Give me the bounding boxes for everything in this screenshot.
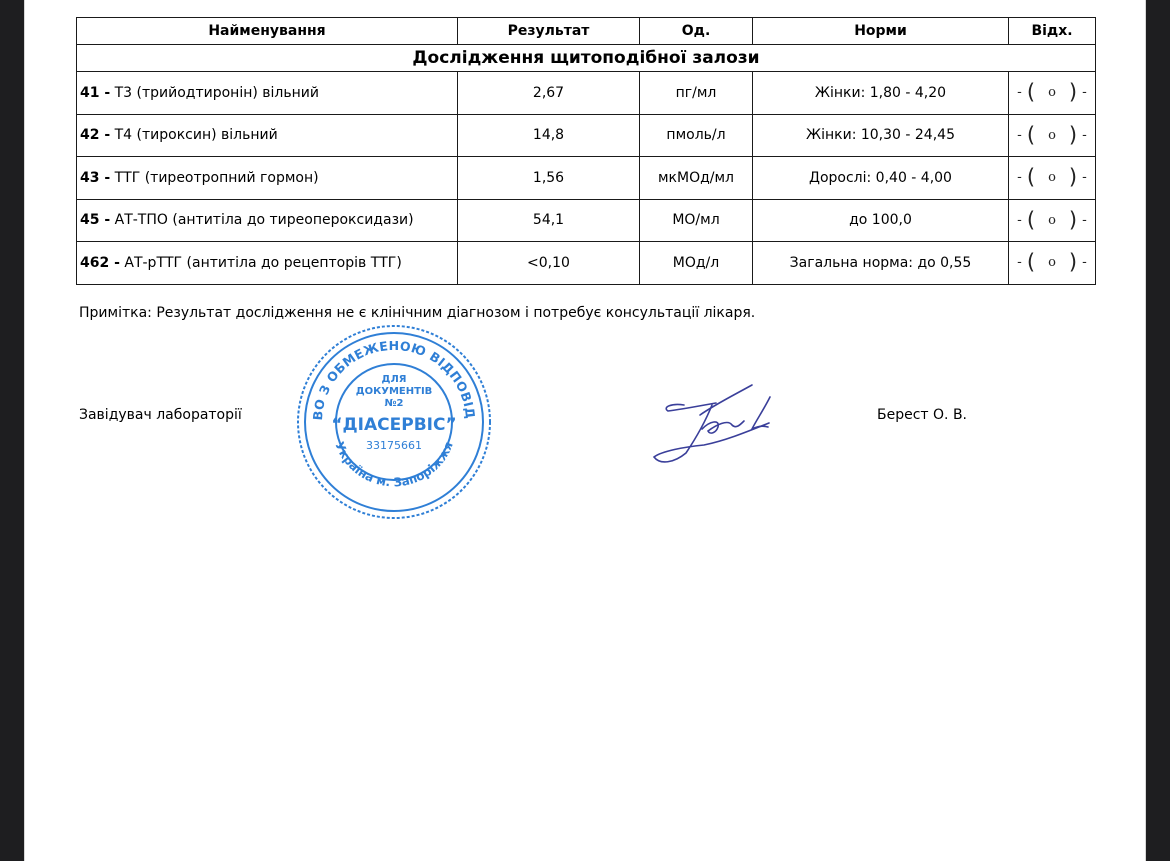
deviation-normal-icon: o: [1048, 255, 1056, 270]
unit-cell: пмоль/л: [640, 114, 753, 157]
deviation-indicator: -(o)-: [1017, 125, 1087, 146]
deviation-cell: -(o)-: [1009, 242, 1096, 285]
test-name-cell: 43 - ТТГ (тиреотропний гормон): [77, 157, 458, 200]
norm-cell: Дорослі: 0,40 - 4,00: [753, 157, 1009, 200]
deviation-normal-icon: o: [1048, 128, 1056, 143]
header-deviation: Відх.: [1009, 18, 1096, 45]
test-name: АТ-ТПО (антитіла до тиреопероксидази): [110, 212, 413, 228]
results-table: Найменування Результат Од. Норми Відх. Д…: [76, 17, 1096, 285]
deviation-right-dash: -: [1082, 255, 1087, 270]
table-row: 42 - Т4 (тироксин) вільний14,8пмоль/лЖін…: [77, 114, 1096, 157]
deviation-right-dash: -: [1082, 213, 1087, 228]
section-row: Дослідження щитоподібної залози: [77, 45, 1096, 72]
norm-cell: Жінки: 10,30 - 24,45: [753, 114, 1009, 157]
deviation-indicator: -(o)-: [1017, 167, 1087, 188]
svg-text:ДЛЯ: ДЛЯ: [382, 374, 407, 385]
section-title: Дослідження щитоподібної залози: [77, 45, 1096, 72]
unit-cell: мкМОд/мл: [640, 157, 753, 200]
test-code: 462 -: [80, 255, 120, 271]
document-page: Найменування Результат Од. Норми Відх. Д…: [24, 0, 1146, 861]
unit-cell: МО/мл: [640, 199, 753, 242]
deviation-close-paren: ): [1069, 167, 1077, 188]
lab-head-title: Завідувач лабораторії: [79, 407, 242, 423]
deviation-right-dash: -: [1082, 85, 1087, 100]
test-code: 43 -: [80, 170, 110, 186]
deviation-close-paren: ): [1069, 82, 1077, 103]
deviation-open-paren: (: [1027, 210, 1035, 231]
header-unit: Од.: [640, 18, 753, 45]
deviation-close-paren: ): [1069, 210, 1077, 231]
svg-text:№2: №2: [385, 398, 404, 409]
header-result: Результат: [458, 18, 640, 45]
signature: [624, 375, 784, 475]
deviation-right-dash: -: [1082, 128, 1087, 143]
deviation-right-dash: -: [1082, 170, 1087, 185]
result-cell: 2,67: [458, 72, 640, 115]
test-name: Т3 (трийодтиронін) вільний: [110, 85, 319, 101]
test-code: 45 -: [80, 212, 110, 228]
table-row: 41 - Т3 (трийодтиронін) вільний2,67пг/мл…: [77, 72, 1096, 115]
result-cell: 1,56: [458, 157, 640, 200]
norm-cell: Жінки: 1,80 - 4,20: [753, 72, 1009, 115]
deviation-open-paren: (: [1027, 167, 1035, 188]
deviation-cell: -(o)-: [1009, 114, 1096, 157]
test-code: 42 -: [80, 127, 110, 143]
deviation-normal-icon: o: [1048, 170, 1056, 185]
test-name-cell: 45 - АТ-ТПО (антитіла до тиреопероксидаз…: [77, 199, 458, 242]
header-name: Найменування: [77, 18, 458, 45]
result-cell: 54,1: [458, 199, 640, 242]
deviation-normal-icon: o: [1048, 213, 1056, 228]
test-name: АТ-рТТГ (антитіла до рецепторів ТТГ): [120, 255, 402, 271]
table-header-row: Найменування Результат Од. Норми Відх.: [77, 18, 1096, 45]
table-row: 462 - АТ-рТТГ (антитіла до рецепторів ТТ…: [77, 242, 1096, 285]
deviation-close-paren: ): [1069, 125, 1077, 146]
lab-head-name: Берест О. В.: [877, 407, 967, 423]
deviation-indicator: -(o)-: [1017, 252, 1087, 273]
svg-text:ДОКУМЕНТІВ: ДОКУМЕНТІВ: [356, 386, 433, 397]
deviation-open-paren: (: [1027, 125, 1035, 146]
deviation-close-paren: ): [1069, 252, 1077, 273]
deviation-left-dash: -: [1017, 255, 1022, 270]
disclaimer-note: Примітка: Результат дослідження не є клі…: [79, 305, 755, 321]
result-cell: 14,8: [458, 114, 640, 157]
test-name-cell: 462 - АТ-рТТГ (антитіла до рецепторів ТТ…: [77, 242, 458, 285]
deviation-left-dash: -: [1017, 128, 1022, 143]
deviation-cell: -(o)-: [1009, 72, 1096, 115]
deviation-left-dash: -: [1017, 213, 1022, 228]
test-name: ТТГ (тиреотропний гормон): [110, 170, 318, 186]
deviation-cell: -(o)-: [1009, 199, 1096, 242]
norm-cell: до 100,0: [753, 199, 1009, 242]
unit-cell: МОд/л: [640, 242, 753, 285]
test-name: Т4 (тироксин) вільний: [110, 127, 278, 143]
table-row: 45 - АТ-ТПО (антитіла до тиреопероксидаз…: [77, 199, 1096, 242]
company-stamp: ТОВАРИСТВО З ОБМЕЖЕНОЮ ВІДПОВІДАЛЬНІСТЮ …: [294, 322, 494, 522]
deviation-indicator: -(o)-: [1017, 210, 1087, 231]
deviation-left-dash: -: [1017, 85, 1022, 100]
test-name-cell: 42 - Т4 (тироксин) вільний: [77, 114, 458, 157]
table-row: 43 - ТТГ (тиреотропний гормон)1,56мкМОд/…: [77, 157, 1096, 200]
header-norms: Норми: [753, 18, 1009, 45]
unit-cell: пг/мл: [640, 72, 753, 115]
test-code: 41 -: [80, 85, 110, 101]
svg-text:33175661: 33175661: [366, 439, 422, 452]
norm-cell: Загальна норма: до 0,55: [753, 242, 1009, 285]
deviation-indicator: -(o)-: [1017, 82, 1087, 103]
svg-text:“ДІАСЕРВІС”: “ДІАСЕРВІС”: [331, 415, 456, 435]
result-cell: <0,10: [458, 242, 640, 285]
deviation-left-dash: -: [1017, 170, 1022, 185]
test-name-cell: 41 - Т3 (трийодтиронін) вільний: [77, 72, 458, 115]
deviation-cell: -(o)-: [1009, 157, 1096, 200]
deviation-normal-icon: o: [1048, 85, 1056, 100]
deviation-open-paren: (: [1027, 82, 1035, 103]
deviation-open-paren: (: [1027, 252, 1035, 273]
